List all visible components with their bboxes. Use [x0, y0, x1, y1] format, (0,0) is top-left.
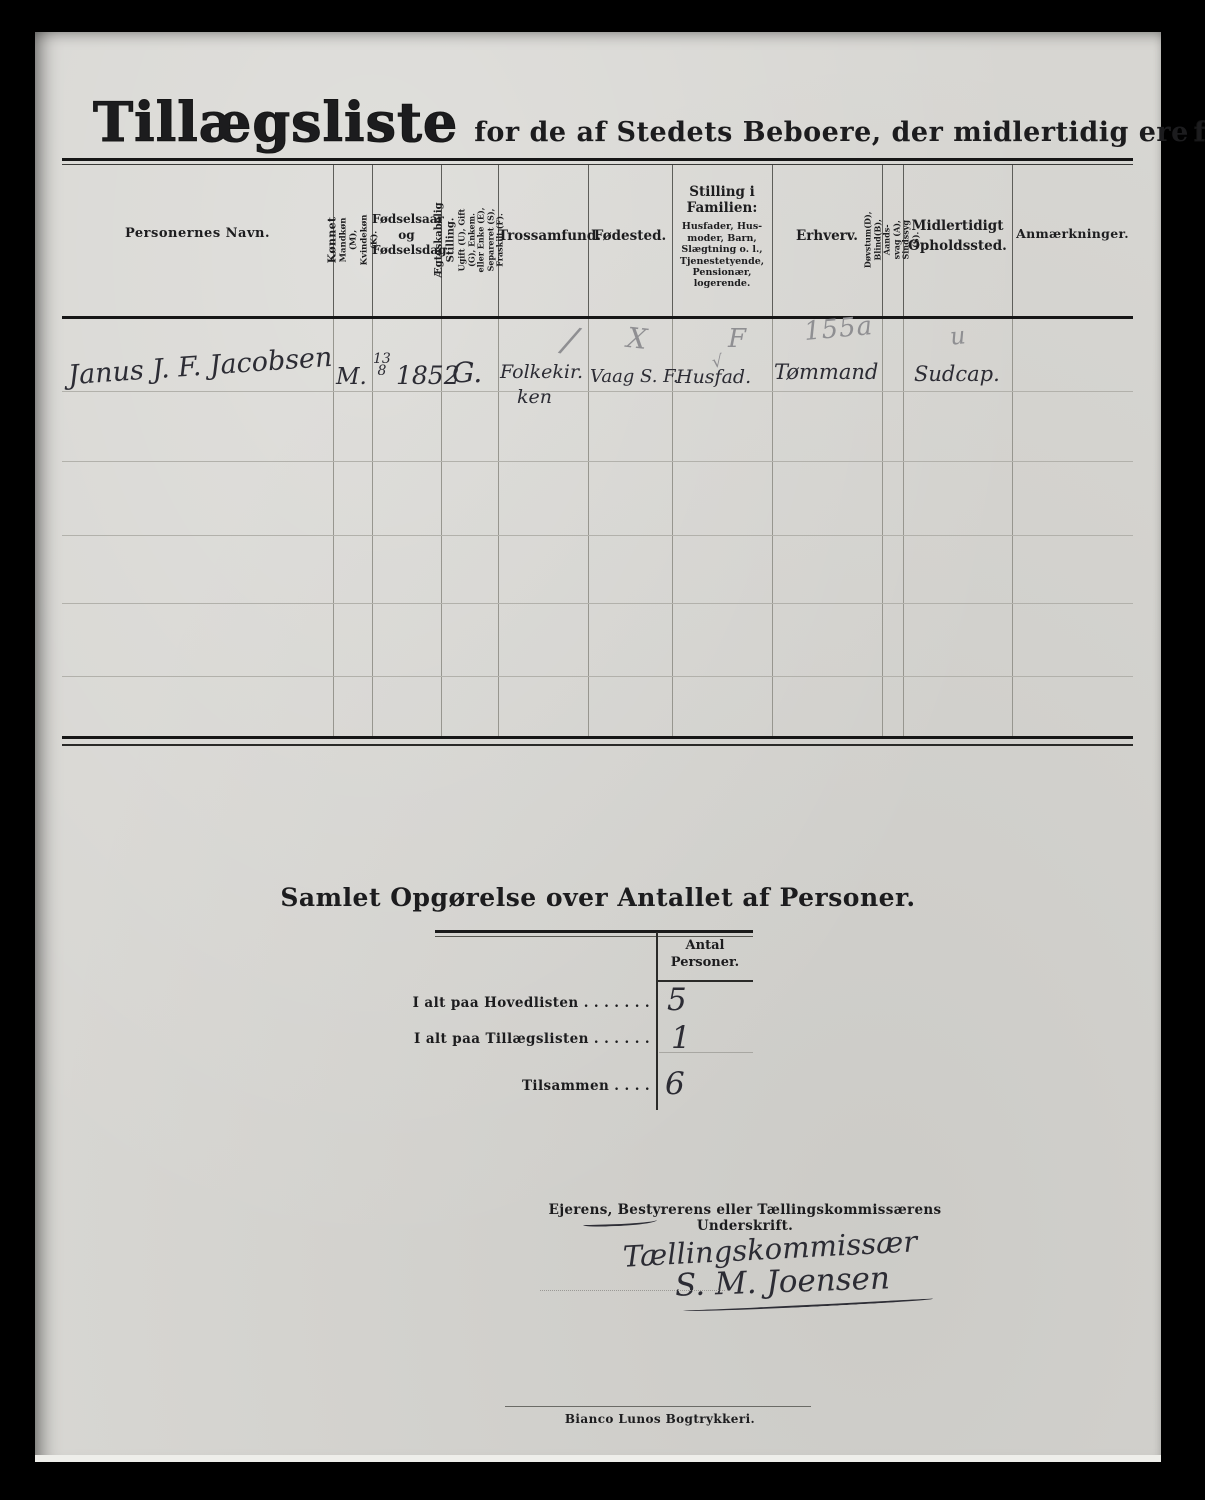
summary-top-rule: [435, 930, 753, 937]
header-ophold-l2: Opholdssted.: [903, 236, 1012, 256]
header-stilling-s5: Pensionær,: [672, 267, 772, 278]
entry-birth-year: 1852: [396, 361, 460, 390]
summary-label-tilsammen: Tilsammen . . . .: [365, 1078, 650, 1094]
pencil-cross-mark: X: [625, 321, 648, 356]
entry-faith-line2: ken: [517, 386, 552, 408]
summary-value-tillaegslisten: 1: [671, 1020, 691, 1056]
header-stilling-s3: Slægtning o. l.,: [672, 244, 772, 255]
column-divider: [772, 319, 773, 736]
pencil-letter-u: u: [949, 321, 967, 350]
census-form-page: Tillægslistefor de af Stedets Beboere, d…: [35, 32, 1161, 1462]
header-stilling-i-familien: Stilling i Familien: Husfader, Hus- mode…: [672, 184, 772, 290]
scan-background: Tillægslistefor de af Stedets Beboere, d…: [0, 0, 1205, 1500]
signature-dotted-line: [540, 1290, 725, 1291]
header-foedested: Fødested.: [588, 228, 672, 244]
header-aegteskabelig-l3: eller Enke (E), Separeret (S),: [477, 202, 496, 277]
entry-sex: M.: [336, 364, 367, 390]
page-title-main: Tillægsliste: [93, 90, 458, 154]
column-divider: [588, 319, 589, 736]
header-stilling-s1: Husfader, Hus-: [672, 221, 772, 232]
summary-value-tilsammen: 6: [665, 1066, 685, 1102]
column-divider: [333, 319, 334, 736]
header-personernes-navn: Personernes Navn.: [62, 226, 333, 241]
summary-value-hovedlisten: 5: [667, 982, 687, 1018]
entry-occupation: Tømmand: [774, 360, 878, 384]
pencil-letter-f: F: [728, 324, 746, 354]
summary-col-header: Antal Personer.: [657, 938, 753, 972]
printer-imprint: Bianco Lunos Bogtrykkeri.: [465, 1412, 855, 1426]
table-bottom-rule: [62, 736, 1133, 739]
entry-marital: G.: [452, 356, 482, 389]
pencil-code: 155a: [803, 311, 874, 347]
header-trossamfund: Trossamfund.: [498, 228, 588, 244]
summary-label-tillaegslisten: I alt paa Tillægslisten . . . . . .: [365, 1031, 650, 1047]
page-title-emphasis: fraværende.: [1194, 117, 1205, 148]
summary-title: Samlet Opgørelse over Antallet af Person…: [35, 883, 1161, 912]
header-stilling-s2: moder, Barn,: [672, 233, 772, 244]
header-bottom-rule: [62, 316, 1133, 319]
summary-label-hovedlisten: I alt paa Hovedlisten . . . . . . .: [365, 995, 650, 1011]
header-stilling-s4: Tjenestetyende,: [672, 256, 772, 267]
header-ophold-l1: Midlertidigt: [903, 216, 1012, 236]
page-title: Tillægslistefor de af Stedets Beboere, d…: [93, 90, 1205, 154]
header-doevstum: Døvstum(D), Blind(B), Aands- svag (A), S…: [882, 164, 903, 316]
table-bottom-rule-2: [62, 744, 1133, 746]
header-koennet-title: Kønnet: [326, 215, 339, 266]
footer-rule: [505, 1406, 811, 1407]
column-divider: [882, 319, 883, 736]
header-doevstum-l1: Døvstum(D), Blind(B), Aands-: [864, 212, 893, 269]
entry-birthplace: Vaag S. F.: [590, 366, 679, 387]
header-koennet: Kønnet Mandkøn (M), Kvindekøn (K).: [333, 164, 372, 316]
summary-col-header-l2: Personer.: [657, 955, 753, 972]
page-title-rest: for de af Stedets Beboere, der midlertid…: [474, 117, 1189, 148]
supplement-table: Personernes Navn. Kønnet Mandkøn (M), Kv…: [62, 158, 1140, 753]
header-aegteskabelig: Ægteskabelig Stilling. Ugift (U), Gift (…: [441, 164, 498, 316]
entry-birth-date: 13 8: [373, 354, 391, 378]
row-rule: [62, 461, 1133, 462]
column-divider: [372, 319, 373, 736]
header-foedselsaar-l2: og: [372, 228, 441, 244]
entry-name: Janus J. F. Jacobsen: [67, 342, 333, 391]
header-stilling-t1: Stilling i: [672, 184, 772, 200]
entry-birth-month: 8: [377, 366, 386, 378]
pencil-tick-mark: √: [711, 351, 725, 372]
summary-subtotal-rule: [659, 1052, 753, 1053]
signature-name: S. M. Joensen: [674, 1260, 890, 1303]
summary-col-header-l1: Antal: [657, 938, 753, 955]
entry-temp-residence: Sudcap.: [914, 362, 1000, 386]
column-divider: [903, 319, 904, 736]
header-anmaerkninger: Anmærkninger.: [1012, 226, 1133, 241]
header-foedselsaar-l3: Fødselsdag.: [372, 243, 441, 259]
entry-faith-line1: Folkekir.: [500, 361, 583, 383]
row-rule: [62, 603, 1133, 604]
header-stilling-s6: logerende.: [672, 278, 772, 289]
table-top-rule: [62, 158, 1133, 165]
header-midlertidigt-opholdssted: Midlertidigt Opholdssted.: [903, 216, 1012, 257]
column-divider: [498, 319, 499, 736]
row-rule: [62, 676, 1133, 677]
pencil-tally-mark: /: [559, 319, 581, 362]
header-aegteskabelig-l1: Ægteskabelig Stilling.: [434, 202, 458, 277]
header-aegteskabelig-l2: Ugift (U), Gift (G), Enkem.: [458, 202, 477, 277]
column-divider: [1012, 319, 1013, 736]
header-stilling-t2: Familien:: [672, 200, 772, 216]
row-rule: [62, 535, 1133, 536]
row-rule: [62, 391, 1133, 392]
header-foedselsaar: Fødselsaar og Fødselsdag.: [372, 212, 441, 259]
header-foedselsaar-l1: Fødselsaar: [372, 212, 441, 228]
